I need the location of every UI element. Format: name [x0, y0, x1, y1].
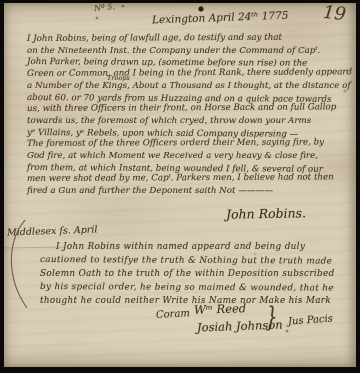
page-number: 19 — [322, 3, 347, 25]
ink-spots — [4, 3, 6, 5]
deposition-line: Green or Common, and I being in the fron… — [27, 67, 356, 80]
justice-signature-reed: Wᵐ Reed — [194, 301, 247, 317]
photo-frame: Nº 5. Lexington April 24ᵗʰ 1775 19 I Joh… — [0, 0, 360, 373]
deposition-line: God fire, at which Moment we Received a … — [27, 151, 356, 163]
jurat-line: Solemn Oath to the truth of the within D… — [40, 268, 356, 281]
deposition-line: towards us, the foremost of which cryed,… — [27, 116, 356, 128]
coram-label: Coram — [156, 308, 190, 321]
jurat-line: cautioned to testifye the truth & Nothin… — [40, 254, 356, 269]
jurat-body: I John Robins within named appeard and b… — [40, 241, 356, 308]
deposition-line: us, with three Officers in their front, … — [27, 102, 356, 115]
deposition-line: fired a Gun and further the Deponent sai… — [27, 186, 356, 198]
brace-mark: } — [266, 302, 278, 333]
jurat-line: I John Robins within named appeard and b… — [56, 241, 356, 254]
deposition-line: men were shot dead by me, Capᵗ. Parkers … — [27, 173, 356, 186]
dateline: Lexington April 24ᵗʰ 1775 — [152, 10, 289, 27]
jurat-line: by his special order, he being so maimed… — [40, 281, 356, 296]
manuscript-page: Nº 5. Lexington April 24ᵗʰ 1775 19 I Joh… — [4, 3, 356, 367]
interlinear-insertion: Troops — [107, 74, 130, 82]
deposition-line: a Number of the Kings, About a Thousand … — [27, 81, 356, 93]
document-number: Nº 5. — [94, 3, 116, 13]
deposition-line: on the Nineteenth Inst. the Company unde… — [27, 46, 356, 58]
justices-title: Jus Pacis — [288, 313, 334, 327]
deposition-line: I John Robins, being of lawfull age, do … — [27, 32, 356, 45]
deponent-signature: John Robins. — [226, 205, 306, 221]
deposition-body: I John Robins, being of lawfull age, do … — [27, 34, 356, 198]
screenshot-root: Nº 5. Lexington April 24ᵗʰ 1775 19 I Joh… — [0, 0, 360, 373]
marginal-flourish-line — [8, 216, 38, 312]
deposition-line: The foremost of the three Officers order… — [27, 138, 356, 151]
